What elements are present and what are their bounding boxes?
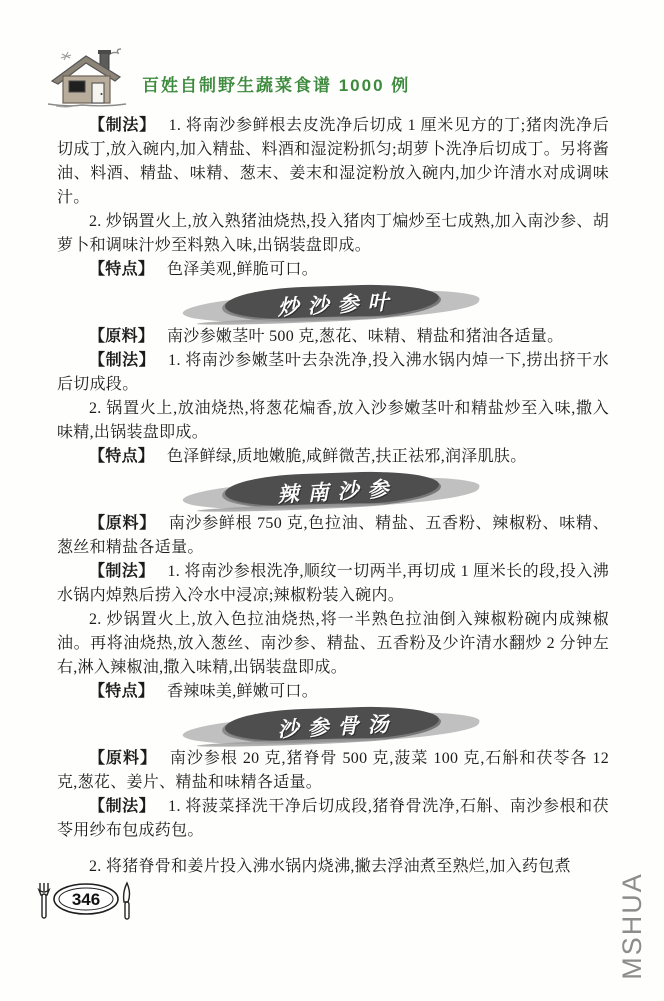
recipe2-title: 炒沙参叶 xyxy=(216,279,450,329)
recipe3-ingredients: 【原料】南沙参鲜根 750 克,色拉油、精盐、五香粉、辣椒粉、味精、葱丝和精盐各… xyxy=(57,512,609,560)
method-step2-text: 2. 炒锅置火上,放入熟猪油烧热,投入猪肉丁煸炒至七成熟,加入南沙参、胡萝卜和调… xyxy=(57,213,609,254)
recipe4-method-step2: 2. 将猪脊骨和姜片投入沸水锅内烧沸,撇去浮油煮至熟烂,加入药包煮 xyxy=(57,855,609,879)
plate-icon: 346 xyxy=(54,884,118,914)
feature-label: 【特点】 xyxy=(89,448,154,465)
page-number: 346 xyxy=(72,890,100,909)
page-header: 百姓自制野生蔬菜食谱 1000 例 xyxy=(42,48,410,108)
recipe2-method-step1: 【制法】1. 将南沙参嫩茎叶去杂洗净,投入沸水锅内焯一下,捞出挤干水后切成段。 xyxy=(57,349,609,397)
recipe2-ingredients: 【原料】南沙参嫩茎叶 500 克,葱花、味精、精盐和猪油各适量。 xyxy=(57,325,609,349)
feature-label: 【特点】 xyxy=(89,261,154,278)
recipe3-title: 辣南沙参 xyxy=(216,466,450,516)
method-step2-text: 2. 将猪脊骨和姜片投入沸水锅内烧沸,撇去浮油煮至熟烂,加入药包煮 xyxy=(89,858,571,875)
recipe4-title-banner: 沙参骨汤 xyxy=(217,707,449,745)
feature-text: 色泽美观,鲜脆可口。 xyxy=(167,261,318,278)
recipe4-ingredients: 【原料】南沙参根 20 克,猪脊骨 500 克,菠菜 100 克,石斛和茯苓各 … xyxy=(57,747,609,795)
recipe3-feature: 【特点】香辣味美,鲜嫩可口。 xyxy=(57,680,609,704)
method-label: 【制法】 xyxy=(89,117,156,134)
watermark: MSHUA xyxy=(617,871,647,981)
method-step2-text: 2. 锅置火上,放油烧热,将葱花煸香,放入沙参嫩茎叶和精盐炒至入味,撒入味精,出… xyxy=(57,400,609,441)
recipe3-title-banner: 辣南沙参 xyxy=(217,472,449,510)
feature-text: 色泽鲜绿,质地嫩脆,咸鲜微苦,扶正祛邪,润泽肌肤。 xyxy=(167,448,527,465)
recipe4-method-step1: 【制法】1. 将菠菜择洗干净后切成段,猪脊骨洗净,石斛、南沙参根和茯苓用纱布包成… xyxy=(57,795,609,843)
book-page: 百姓自制野生蔬菜食谱 1000 例 【制法】1. 将南沙参鲜根去皮洗净后切成 1… xyxy=(0,0,664,1001)
recipe1-method-step2: 2. 炒锅置火上,放入熟猪油烧热,投入猪肉丁煸炒至七成熟,加入南沙参、胡萝卜和调… xyxy=(57,210,609,258)
knife-icon xyxy=(124,883,130,919)
feature-text: 香辣味美,鲜嫩可口。 xyxy=(167,683,318,700)
method-step2-text: 2. 炒锅置火上,放入色拉油烧热,将一半熟色拉油倒入辣椒粉碗内成辣椒油。再将油烧… xyxy=(57,611,609,676)
feature-label: 【特点】 xyxy=(89,683,154,700)
recipe1-feature: 【特点】色泽美观,鲜脆可口。 xyxy=(57,258,609,282)
recipe3-method-step1: 【制法】1. 将南沙参根洗净,顺纹一切两半,再切成 1 厘米长的段,投入沸水锅内… xyxy=(57,560,609,608)
page-content: 【制法】1. 将南沙参鲜根去皮洗净后切成 1 厘米见方的丁;猪肉洗净后切成丁,放… xyxy=(57,114,609,879)
ingredients-text: 南沙参嫩茎叶 500 克,葱花、味精、精盐和猪油各适量。 xyxy=(167,328,563,345)
fork-icon xyxy=(39,883,49,918)
recipe2-title-banner: 炒沙参叶 xyxy=(217,285,449,323)
recipe4-title: 沙参骨汤 xyxy=(216,701,450,751)
page-title: 百姓自制野生蔬菜食谱 1000 例 xyxy=(142,71,410,108)
ingredients-label: 【原料】 xyxy=(89,750,157,767)
method-label: 【制法】 xyxy=(89,563,155,580)
ingredients-label: 【原料】 xyxy=(89,328,154,345)
ingredients-label: 【原料】 xyxy=(89,515,156,532)
method-label: 【制法】 xyxy=(89,798,155,815)
recipe2-feature: 【特点】色泽鲜绿,质地嫩脆,咸鲜微苦,扶正祛邪,润泽肌肤。 xyxy=(57,445,609,469)
recipe2-method-step2: 2. 锅置火上,放油烧热,将葱花煸香,放入沙参嫩茎叶和精盐炒至入味,撒入味精,出… xyxy=(57,397,609,445)
recipe3-method-step2: 2. 炒锅置火上,放入色拉油烧热,将一半熟色拉油倒入辣椒粉碗内成辣椒油。再将油烧… xyxy=(57,608,609,680)
house-icon xyxy=(42,48,126,108)
page-footer: 346 xyxy=(34,880,138,924)
recipe1-method-step1: 【制法】1. 将南沙参鲜根去皮洗净后切成 1 厘米见方的丁;猪肉洗净后切成丁,放… xyxy=(57,114,609,210)
method-label: 【制法】 xyxy=(89,352,155,369)
